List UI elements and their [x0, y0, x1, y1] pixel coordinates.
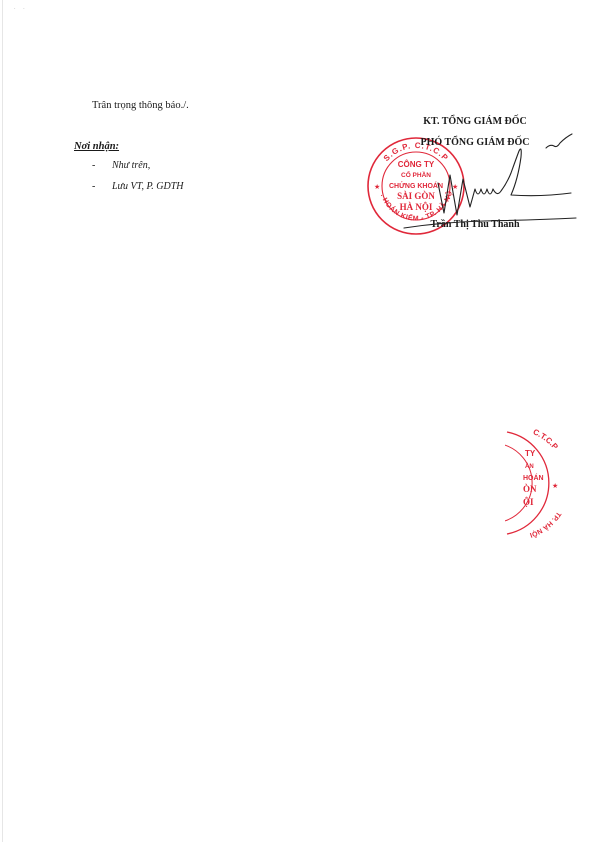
bullet-dash-icon: -	[92, 181, 95, 192]
svg-text:ỘI: ỘI	[523, 497, 534, 507]
svg-text:ẦN: ẦN	[525, 463, 534, 470]
svg-text:TP. HÀ NỘI: TP. HÀ NỘI	[529, 510, 562, 538]
page-edge	[2, 0, 3, 842]
bullet-dash-icon: -	[92, 160, 95, 171]
closing-line: Trân trọng thông báo./.	[92, 100, 189, 111]
page-seal-fragment-icon: C.T.C.P TP. HÀ NỘI ★ TY ẦN HOÁN ÒN ỘI	[505, 428, 575, 538]
recipient-item: -Như trên,	[92, 160, 184, 181]
scan-mark: · ·	[14, 6, 28, 12]
recipient-text: Lưu VT, P. GDTH	[112, 181, 184, 192]
svg-text:★: ★	[374, 183, 380, 191]
recipients-list: -Như trên, -Lưu VT, P. GDTH	[92, 160, 184, 202]
recipient-text: Như trên,	[112, 160, 150, 171]
handwritten-signature-icon	[398, 118, 578, 238]
recipient-item: -Lưu VT, P. GDTH	[92, 181, 184, 202]
svg-text:ÒN: ÒN	[523, 484, 537, 494]
svg-text:HOÁN: HOÁN	[523, 473, 544, 482]
svg-text:TY: TY	[525, 449, 536, 458]
svg-text:★: ★	[552, 482, 558, 490]
recipients-label: Nơi nhận:	[74, 141, 119, 152]
